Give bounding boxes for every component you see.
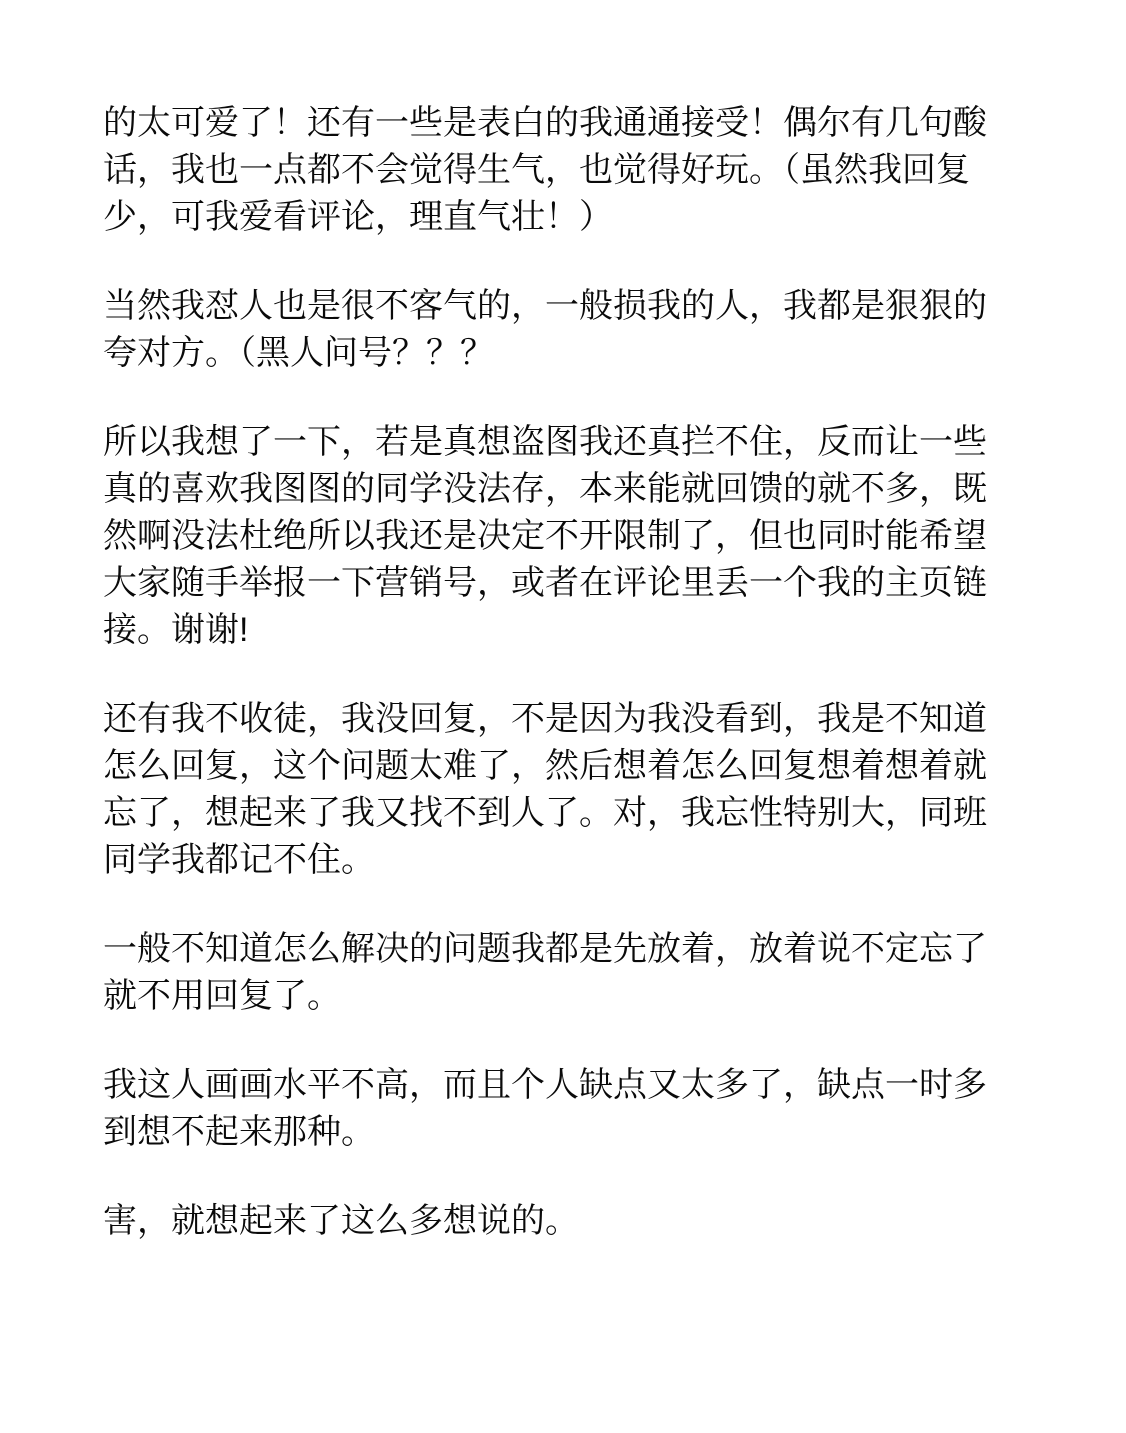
text-line: 的太可爱了！还有一些是表白的我通通接受！偶尔有几句酸 bbox=[103, 100, 1013, 147]
text-line: 害，就想起来了这么多想说的。 bbox=[103, 1198, 1013, 1245]
paragraph: 还有我不收徒，我没回复，不是因为我没看到，我是不知道怎么回复，这个问题太难了，然… bbox=[103, 696, 1013, 884]
text-line: 接。谢谢! bbox=[103, 607, 1013, 654]
text-line: 当然我怼人也是很不客气的，一般损我的人，我都是狠狠的 bbox=[103, 283, 1013, 330]
text-line: 所以我想了一下，若是真想盗图我还真拦不住，反而让一些 bbox=[103, 419, 1013, 466]
text-line: 大家随手举报一下营销号，或者在评论里丢一个我的主页链 bbox=[103, 560, 1013, 607]
document-body: 的太可爱了！还有一些是表白的我通通接受！偶尔有几句酸话，我也一点都不会觉得生气，… bbox=[103, 100, 1013, 1245]
paragraph: 所以我想了一下，若是真想盗图我还真拦不住，反而让一些真的喜欢我图图的同学没法存，… bbox=[103, 419, 1013, 654]
text-line: 一般不知道怎么解决的问题我都是先放着，放着说不定忘了 bbox=[103, 926, 1013, 973]
text-line: 就不用回复了。 bbox=[103, 973, 1013, 1020]
text-line: 同学我都记不住。 bbox=[103, 837, 1013, 884]
paragraph: 我这人画画水平不高，而且个人缺点又太多了，缺点一时多到想不起来那种。 bbox=[103, 1062, 1013, 1156]
paragraph: 害，就想起来了这么多想说的。 bbox=[103, 1198, 1013, 1245]
text-line: 少，可我爱看评论，理直气壮！） bbox=[103, 194, 1013, 241]
paragraph: 当然我怼人也是很不客气的，一般损我的人，我都是狠狠的夸对方。（黑人问号？？？ bbox=[103, 283, 1013, 377]
text-line: 夸对方。（黑人问号？？？ bbox=[103, 330, 1013, 377]
text-line: 话，我也一点都不会觉得生气，也觉得好玩。（虽然我回复 bbox=[103, 147, 1013, 194]
text-line: 到想不起来那种。 bbox=[103, 1109, 1013, 1156]
text-line: 我这人画画水平不高，而且个人缺点又太多了，缺点一时多 bbox=[103, 1062, 1013, 1109]
text-line: 然啊没法杜绝所以我还是决定不开限制了，但也同时能希望 bbox=[103, 513, 1013, 560]
text-line: 真的喜欢我图图的同学没法存，本来能就回馈的就不多，既 bbox=[103, 466, 1013, 513]
text-line: 还有我不收徒，我没回复，不是因为我没看到，我是不知道 bbox=[103, 696, 1013, 743]
document-page: 的太可爱了！还有一些是表白的我通通接受！偶尔有几句酸话，我也一点都不会觉得生气，… bbox=[0, 0, 1126, 1433]
paragraph: 的太可爱了！还有一些是表白的我通通接受！偶尔有几句酸话，我也一点都不会觉得生气，… bbox=[103, 100, 1013, 241]
text-line: 忘了，想起来了我又找不到人了。对，我忘性特别大，同班 bbox=[103, 790, 1013, 837]
paragraph: 一般不知道怎么解决的问题我都是先放着，放着说不定忘了就不用回复了。 bbox=[103, 926, 1013, 1020]
text-line: 怎么回复，这个问题太难了，然后想着怎么回复想着想着就 bbox=[103, 743, 1013, 790]
